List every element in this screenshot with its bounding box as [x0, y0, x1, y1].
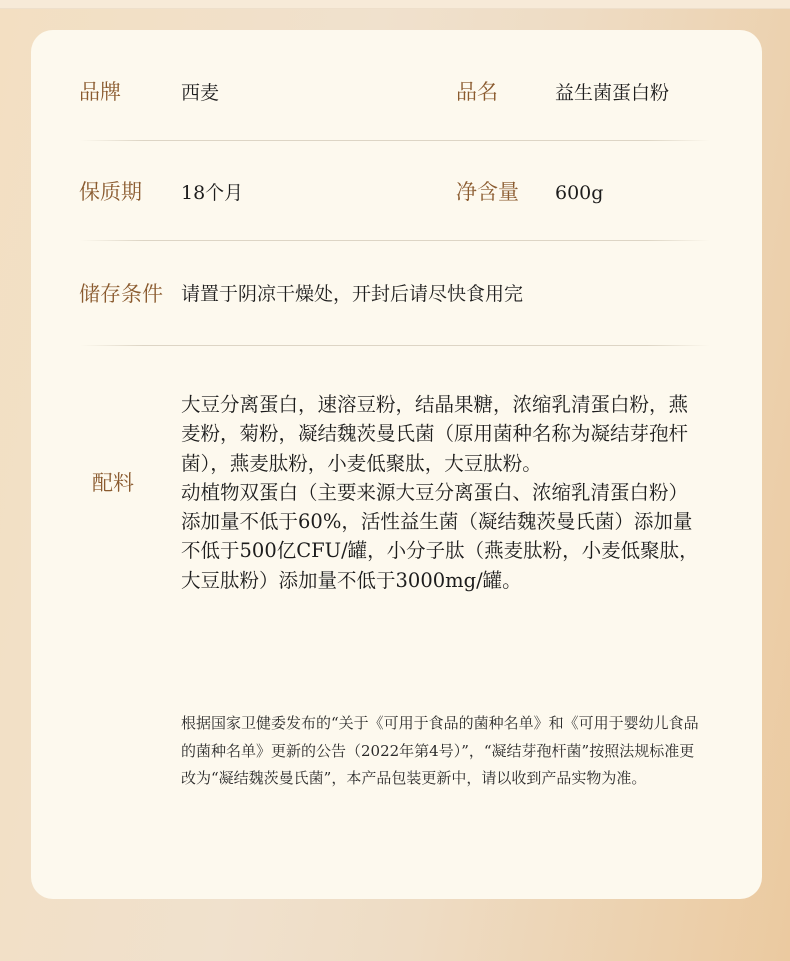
net-content-label: 净含量 [456, 180, 519, 204]
ingredients-label: 配料 [92, 471, 134, 495]
shelf-life-value: 18个月 [181, 181, 243, 205]
divider [80, 140, 710, 141]
top-band [0, 0, 790, 9]
product-name-label: 品名 [456, 80, 498, 104]
product-name-value: 益生菌蛋白粉 [555, 81, 669, 105]
storage-label: 储存条件 [79, 282, 163, 306]
brand-value: 西麦 [181, 81, 219, 105]
ingredients-list: 大豆分离蛋白，速溶豆粉，结晶果糖，浓缩乳清蛋白粉，燕麦粉，菊粉，凝结魏茨曼氏菌（… [181, 390, 701, 478]
divider [80, 345, 710, 346]
divider [80, 240, 710, 241]
storage-value: 请置于阴凉干燥处，开封后请尽快食用完 [181, 282, 523, 306]
shelf-life-label: 保质期 [79, 180, 142, 204]
net-content-value: 600g [555, 181, 603, 205]
ingredients-claims: 动植物双蛋白（主要来源大豆分离蛋白、浓缩乳清蛋白粉）添加量不低于60%，活性益生… [181, 478, 701, 595]
regulatory-notice: 根据国家卫健委发布的“关于《可用于食品的菌种名单》和《可用于婴幼儿食品的菌种名单… [181, 710, 701, 793]
brand-label: 品牌 [79, 80, 121, 104]
ingredients-text: 大豆分离蛋白，速溶豆粉，结晶果糖，浓缩乳清蛋白粉，燕麦粉，菊粉，凝结魏茨曼氏菌（… [181, 390, 701, 595]
